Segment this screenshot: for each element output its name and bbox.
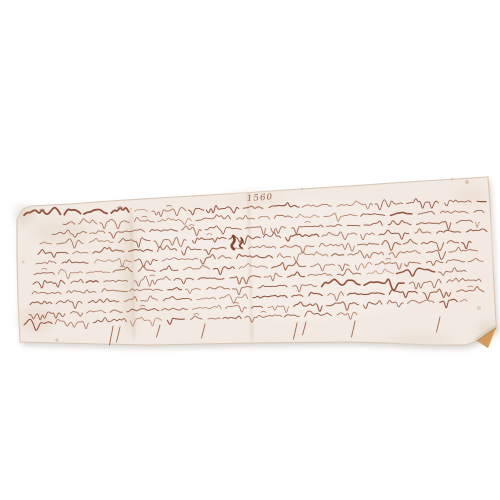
manuscript-svg: 1560 [0,0,500,500]
photo-canvas: 1560 [0,0,500,500]
date-inscription: 1560 [247,192,274,204]
